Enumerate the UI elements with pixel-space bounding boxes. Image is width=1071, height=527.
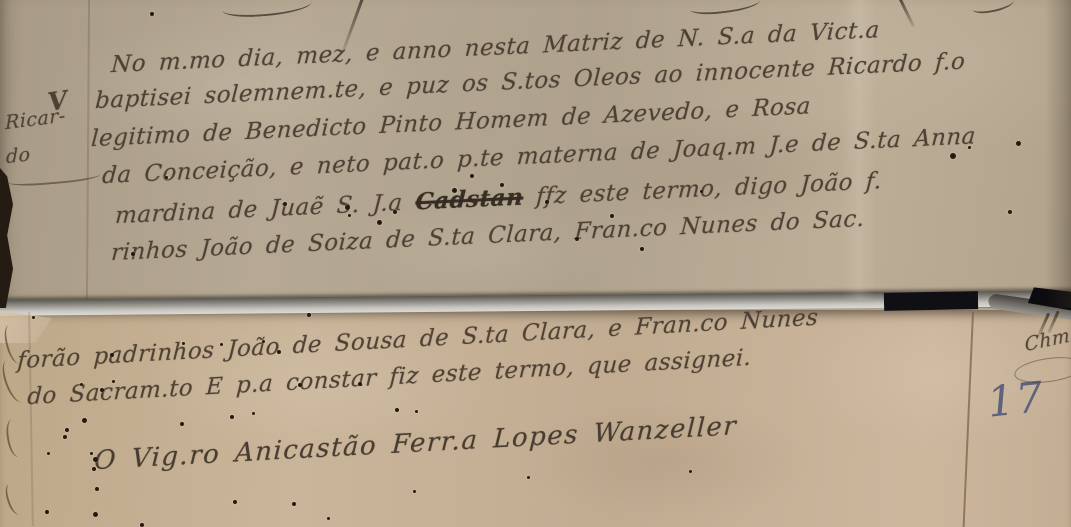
wormhole — [292, 502, 296, 506]
wormhole — [393, 210, 397, 214]
margin-note-ricardo: do — [6, 143, 30, 168]
wormhole — [298, 383, 302, 387]
wormhole — [100, 388, 104, 392]
wormhole — [90, 452, 93, 455]
page-curve-shadow — [1045, 0, 1071, 308]
wormhole — [968, 146, 971, 149]
wormhole — [527, 476, 530, 479]
wormhole — [93, 457, 98, 462]
wormhole — [82, 418, 87, 423]
wormhole — [182, 342, 185, 345]
wormhole — [150, 12, 154, 16]
wormhole — [348, 214, 351, 217]
wormhole — [112, 380, 115, 383]
manuscript-scan: V Ricar- do No m.mo dia, mez, e anno nes… — [0, 0, 1071, 527]
wormhole — [165, 176, 168, 179]
wormhole — [1008, 210, 1012, 214]
wormhole — [63, 435, 67, 439]
wormhole — [358, 382, 362, 386]
wormhole — [640, 247, 644, 251]
wormhole — [93, 512, 98, 517]
wormhole — [47, 452, 50, 455]
wormhole — [610, 214, 614, 218]
wormhole — [395, 408, 399, 412]
wormhole — [545, 200, 549, 204]
wormhole — [220, 343, 223, 346]
wormhole — [45, 510, 49, 514]
wormhole — [500, 183, 504, 187]
wormhole — [131, 252, 135, 256]
wormhole — [92, 467, 96, 471]
wormhole — [262, 340, 265, 343]
wormhole — [575, 237, 579, 241]
wormhole — [307, 313, 311, 317]
wormhole — [233, 500, 237, 504]
wormhole — [1016, 141, 1021, 146]
wormhole — [283, 202, 287, 206]
wormhole — [327, 517, 330, 520]
wormhole — [110, 353, 114, 357]
wormhole — [252, 412, 255, 415]
wormhole — [180, 422, 184, 426]
wormhole — [80, 383, 83, 386]
wormhole — [452, 188, 457, 193]
wormhole — [277, 350, 281, 354]
wormhole — [95, 487, 99, 491]
wormhole — [470, 174, 474, 178]
wormhole — [345, 205, 350, 210]
wormhole — [230, 415, 234, 419]
wormhole — [689, 470, 692, 473]
wormhole — [65, 428, 69, 432]
wormhole — [413, 490, 416, 493]
struck-out-word: Cadstan — [415, 183, 524, 215]
wormhole — [32, 316, 35, 319]
wormhole — [700, 190, 703, 193]
wormhole — [950, 153, 956, 159]
scan-gap-shadow — [884, 291, 978, 311]
wormhole — [377, 220, 382, 225]
wormhole — [415, 410, 418, 413]
wormhole — [140, 523, 144, 527]
